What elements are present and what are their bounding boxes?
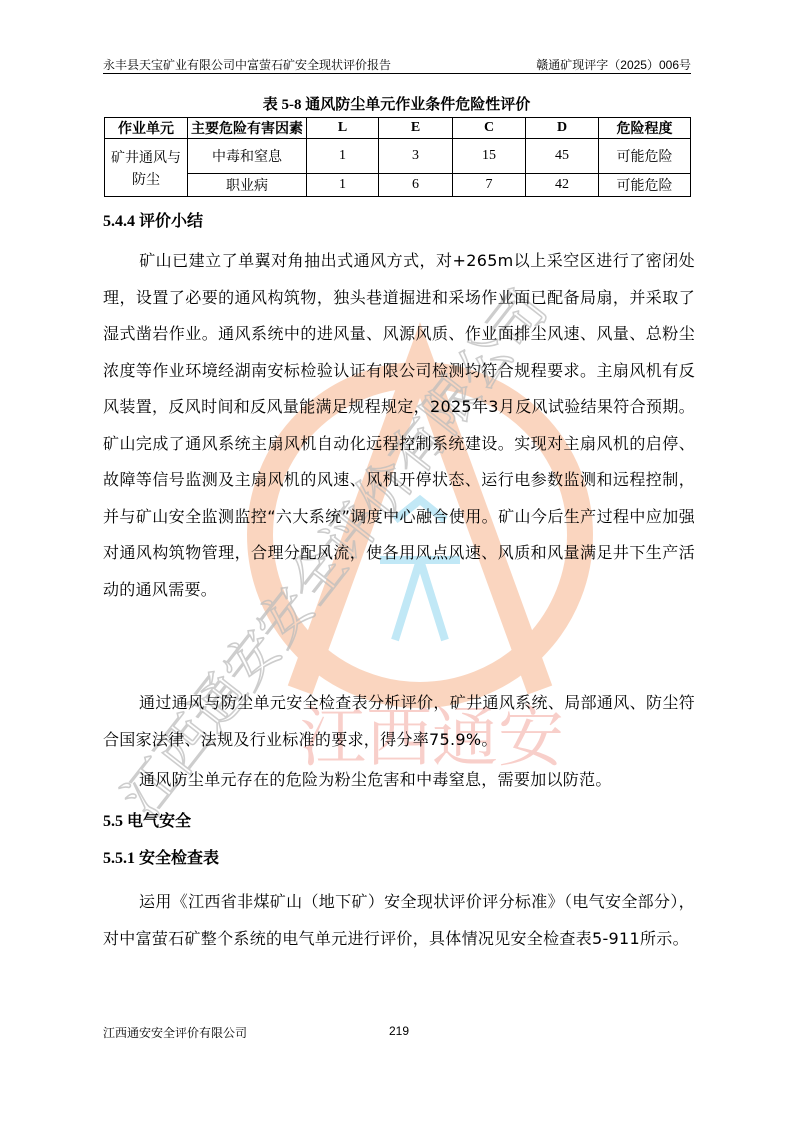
risk-level-cell: 可能危险: [599, 139, 691, 174]
page-number: 219: [389, 1024, 409, 1038]
l-value-cell: 1: [307, 174, 379, 197]
column-header: 主要危险有害因素: [188, 118, 307, 139]
hazard-factor-cell: 职业病: [188, 174, 307, 197]
document-page: 江西通安 江西通安安全评价有限公司 永丰县天宝矿业有限公司中富萤石矿安全现状评价…: [0, 0, 793, 1122]
header-report-number: 赣通矿现评字（2025）006号: [536, 57, 691, 73]
c-value-cell: 7: [453, 174, 526, 197]
e-value-cell: 3: [379, 139, 453, 174]
table-header-row: 作业单元 主要危险有害因素 L E C D 危险程度: [105, 118, 691, 139]
paragraph-score: 通过通风与防尘单元安全检查表分析评价，矿井通风系统、局部通风、防尘符合国家法律、…: [103, 685, 695, 758]
table-caption: 表 5-8 通风防尘单元作业条件危险性评价: [0, 96, 793, 114]
d-value-cell: 42: [526, 174, 599, 197]
table-row: 职业病 1 6 7 42 可能危险: [105, 174, 691, 197]
page-header: 永丰县天宝矿业有限公司中富萤石矿安全现状评价报告 赣通矿现评字（2025）006…: [103, 55, 691, 74]
section-heading-5-4-4: 5.4.4 评价小结: [103, 212, 203, 232]
column-header: E: [379, 118, 453, 139]
work-unit-cell: 矿井通风与防尘: [105, 139, 188, 197]
column-header: D: [526, 118, 599, 139]
column-header: C: [453, 118, 526, 139]
hazard-factor-cell: 中毒和窒息: [188, 139, 307, 174]
footer-company: 江西通安安全评价有限公司: [103, 1024, 247, 1041]
paragraph-electrical: 运用《江西省非煤矿山（地下矿）安全现状评价评分标准》（电气安全部分），对中富萤石…: [103, 884, 695, 957]
risk-level-cell: 可能危险: [599, 174, 691, 197]
column-header: L: [307, 118, 379, 139]
column-header: 危险程度: [599, 118, 691, 139]
column-header: 作业单元: [105, 118, 188, 139]
section-heading-5-5: 5.5 电气安全: [103, 812, 191, 832]
section-heading-5-5-1: 5.5.1 安全检查表: [103, 849, 219, 869]
d-value-cell: 45: [526, 139, 599, 174]
paragraph-summary: 矿山已建立了单翼对角抽出式通风方式，对+265m以上采空区进行了密闭处理，设置了…: [103, 243, 695, 608]
header-report-title: 永丰县天宝矿业有限公司中富萤石矿安全现状评价报告: [103, 57, 391, 73]
table-row: 矿井通风与防尘 中毒和窒息 1 3 15 45 可能危险: [105, 139, 691, 174]
e-value-cell: 6: [379, 174, 453, 197]
paragraph-hazards: 通风防尘单元存在的危险为粉尘危害和中毒窒息，需要加以防范。: [103, 762, 695, 799]
risk-evaluation-table: 作业单元 主要危险有害因素 L E C D 危险程度 矿井通风与防尘 中毒和窒息…: [104, 117, 691, 197]
c-value-cell: 15: [453, 139, 526, 174]
l-value-cell: 1: [307, 139, 379, 174]
